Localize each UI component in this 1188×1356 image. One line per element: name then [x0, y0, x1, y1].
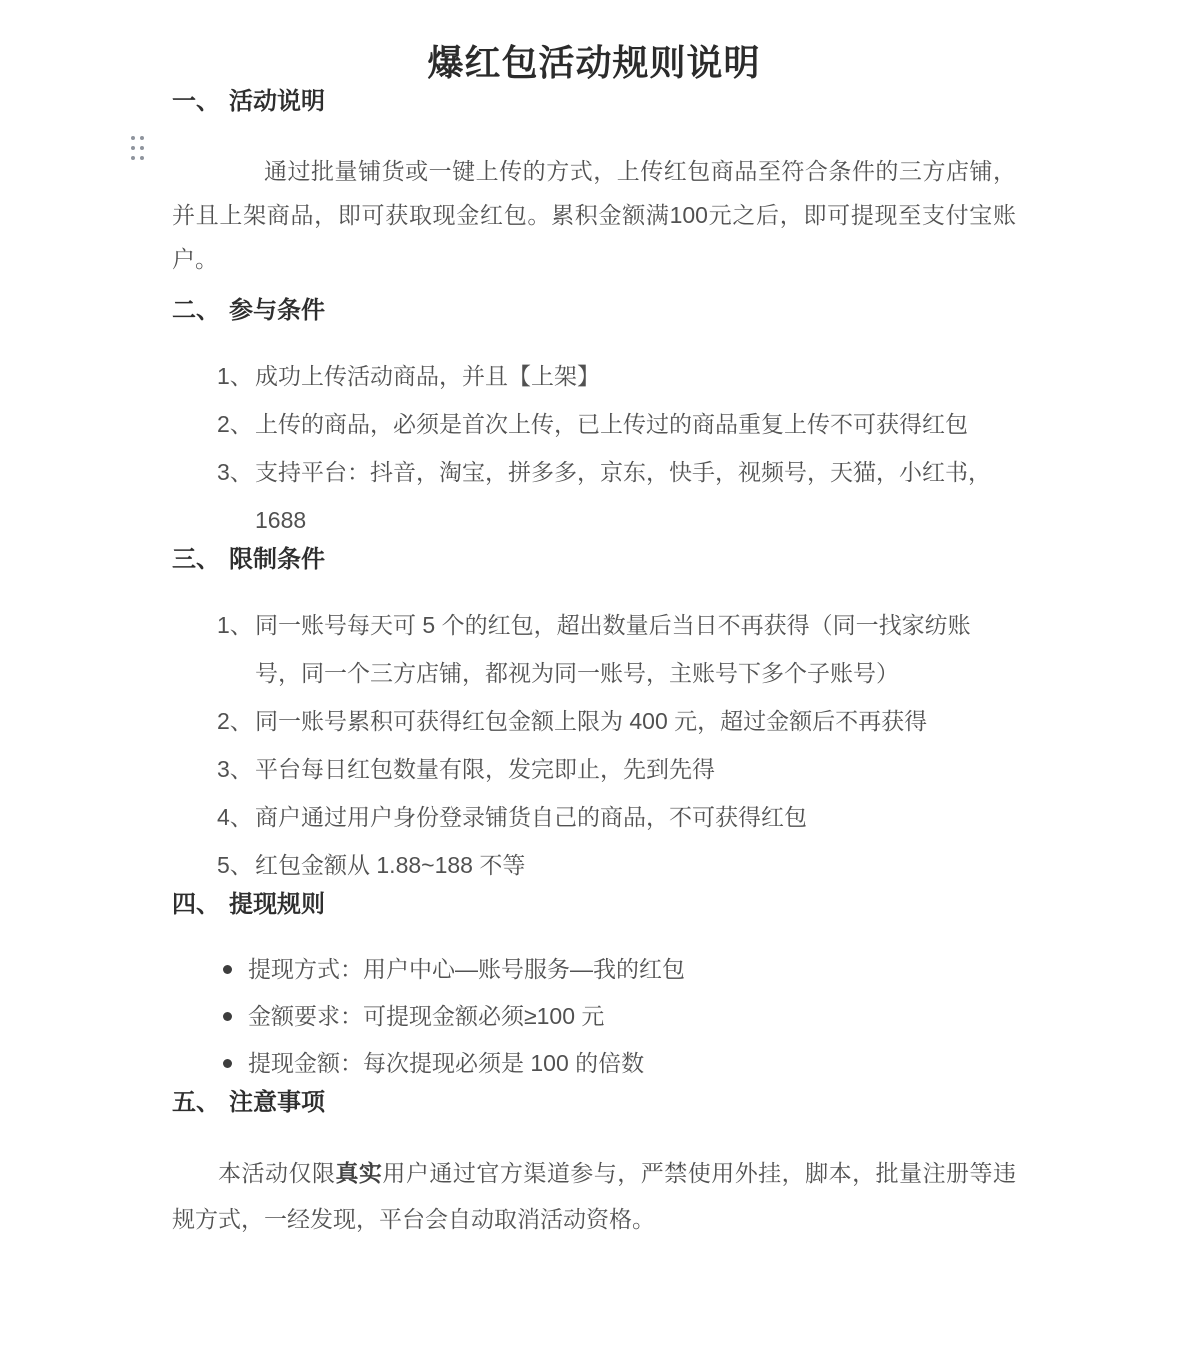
- list-item: 2、同一账号累积可获得红包金额上限为 400 元，超过金额后不再获得: [172, 697, 1016, 745]
- list-item: 1、同一账号每天可 5 个的红包，超出数量后当日不再获得（同一找家纺账号，同一个…: [172, 601, 1016, 697]
- notice-text-pre: 本活动仅限: [218, 1160, 335, 1186]
- list-item-marker: 2、: [217, 697, 253, 745]
- list-item-text: 商户通过用户身份登录铺货自己的商品，不可获得红包: [255, 804, 807, 830]
- bullet-icon: [223, 965, 232, 974]
- section-label: 注意事项: [229, 1089, 325, 1116]
- list-item-marker: 2、: [217, 400, 253, 448]
- list-item-marker: 1、: [217, 352, 253, 400]
- section-number: 四、: [172, 891, 220, 918]
- notice-paragraph: 本活动仅限真实用户通过官方渠道参与，严禁使用外挂，脚本，批量注册等违规方式，一经…: [172, 1150, 1016, 1242]
- list-item-text: 红包金额从 1.88~188 不等: [255, 852, 525, 878]
- section-label: 参与条件: [229, 297, 325, 324]
- section-heading-participation: 二、参与条件: [172, 295, 1016, 326]
- restrictions-list: 1、同一账号每天可 5 个的红包，超出数量后当日不再获得（同一找家纺账号，同一个…: [172, 601, 1016, 889]
- section-label: 限制条件: [229, 546, 325, 573]
- section-heading-restrictions: 三、限制条件: [172, 544, 1016, 575]
- list-item: 提现金额：每次提现必须是 100 的倍数: [172, 1040, 1016, 1087]
- list-item: 3、平台每日红包数量有限，发完即止，先到先得: [172, 745, 1016, 793]
- list-item-text: 上传的商品，必须是首次上传，已上传过的商品重复上传不可获得红包: [255, 411, 968, 437]
- list-item-text: 提现方式：用户中心—账号服务—我的红包: [248, 956, 685, 982]
- list-item-marker: 1、: [217, 601, 253, 649]
- list-item: 5、红包金额从 1.88~188 不等: [172, 841, 1016, 889]
- list-item-marker: 3、: [217, 745, 253, 793]
- list-item-text: 同一账号每天可 5 个的红包，超出数量后当日不再获得（同一找家纺账号，同一个三方…: [255, 612, 971, 686]
- list-item-marker: 5、: [217, 841, 253, 889]
- list-item: 1、成功上传活动商品，并且【上架】: [172, 352, 1016, 400]
- drag-handle-icon[interactable]: [131, 136, 144, 160]
- list-item: 4、商户通过用户身份登录铺货自己的商品，不可获得红包: [172, 793, 1016, 841]
- section-label: 活动说明: [229, 88, 325, 115]
- bullet-icon: [223, 1012, 232, 1021]
- list-item-marker: 3、: [217, 448, 253, 496]
- list-item-text: 同一账号累积可获得红包金额上限为 400 元，超过金额后不再获得: [255, 708, 927, 734]
- bullet-icon: [223, 1059, 232, 1068]
- participation-list: 1、成功上传活动商品，并且【上架】 2、上传的商品，必须是首次上传，已上传过的商…: [172, 352, 1016, 544]
- list-item: 金额要求：可提现金额必须≥100 元: [172, 993, 1016, 1040]
- withdrawal-list: 提现方式：用户中心—账号服务—我的红包 金额要求：可提现金额必须≥100 元 提…: [172, 946, 1016, 1087]
- doc-title: 爆红包活动规则说明: [172, 40, 1016, 86]
- list-item-text: 金额要求：可提现金额必须≥100 元: [248, 1003, 604, 1029]
- list-item: 3、支持平台：抖音，淘宝，拼多多，京东，快手，视频号，天猫，小红书，1688: [172, 448, 1016, 544]
- bold-emphasis: 真实: [335, 1160, 382, 1186]
- intro-paragraph: 通过批量铺货或一键上传的方式，上传红包商品至符合条件的三方店铺，并且上架商品，即…: [172, 149, 1016, 281]
- list-item: 提现方式：用户中心—账号服务—我的红包: [172, 946, 1016, 993]
- section-number: 五、: [172, 1089, 220, 1116]
- list-item-text: 支持平台：抖音，淘宝，拼多多，京东，快手，视频号，天猫，小红书，1688: [255, 459, 991, 533]
- list-item: 2、上传的商品，必须是首次上传，已上传过的商品重复上传不可获得红包: [172, 400, 1016, 448]
- section-label: 提现规则: [229, 891, 325, 918]
- section-heading-withdrawal: 四、提现规则: [172, 889, 1016, 920]
- section-number: 一、: [172, 88, 220, 115]
- section-heading-notice: 五、注意事项: [172, 1087, 1016, 1118]
- list-item-text: 平台每日红包数量有限，发完即止，先到先得: [255, 756, 715, 782]
- section-number: 二、: [172, 297, 220, 324]
- section-number: 三、: [172, 546, 220, 573]
- list-item-text: 提现金额：每次提现必须是 100 的倍数: [248, 1050, 644, 1076]
- list-item-marker: 4、: [217, 793, 253, 841]
- list-item-text: 成功上传活动商品，并且【上架】: [255, 363, 600, 389]
- document-page: 爆红包活动规则说明 一、活动说明 通过批量铺货或一键上传的方式，上传红包商品至符…: [0, 0, 1188, 1356]
- section-heading-activity: 一、活动说明: [172, 86, 1016, 117]
